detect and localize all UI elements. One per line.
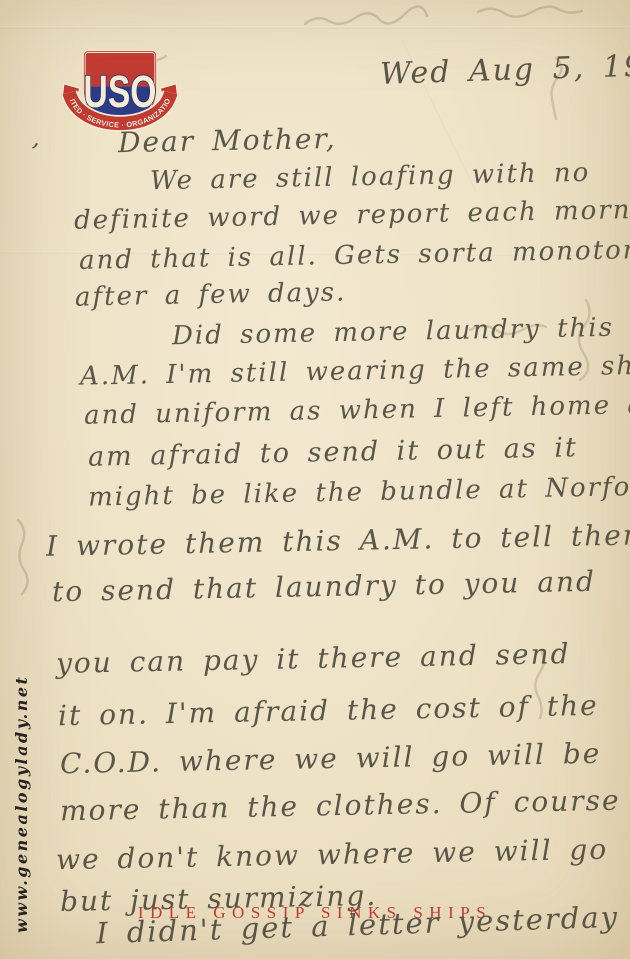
handwritten-line: am afraid to send it out as it (88, 432, 578, 472)
handwritten-line: C.O.D. where we will go will be (60, 737, 602, 780)
handwritten-line: it on. I'm afraid the cost of the (58, 689, 599, 732)
salutation: Dear Mother, (118, 122, 337, 159)
pen-mark: , (31, 123, 44, 152)
handwritten-line: A.M. I'm still wearing the same shirt (80, 350, 630, 391)
handwritten-line: we don't know where we will go (56, 833, 609, 877)
handwritten-line: to send that laundry to you and (52, 565, 596, 608)
handwritten-line: you can pay it there and send (56, 637, 571, 680)
handwritten-line: more than the clothes. Of course (60, 784, 621, 828)
letter-paper: USO UNITED · SERVICE · ORGANIZATIONS Wed… (0, 0, 630, 959)
handwritten-line: Did some more laundry this (172, 313, 614, 351)
handwritten-line: and uniform as when I left home and (84, 389, 630, 430)
handwritten-line: definite word we report each morning (74, 194, 630, 236)
watermark: www.genealogylady.net (12, 613, 31, 933)
letter-date: Wed Aug 5, 1942 (380, 47, 630, 92)
fold-crease (0, 26, 630, 29)
handwritten-line: might be like the bundle at Norfolk. (88, 471, 630, 512)
handwritten-line: and that is all. Gets sorta monotonous (79, 234, 630, 276)
handwritten-line: after a few days. (75, 277, 347, 312)
handwritten-line: We are still loafing with no (150, 158, 591, 196)
handwritten-line: I wrote them this A.M. to tell them (46, 518, 630, 563)
